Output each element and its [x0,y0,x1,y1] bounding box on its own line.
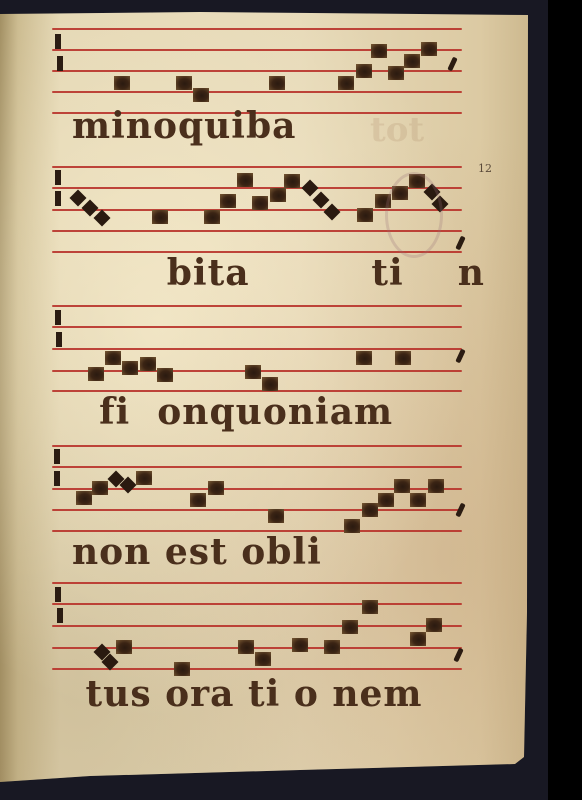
clef-icon [55,191,61,206]
lyric-line-4: non est obli [72,534,322,570]
clef-icon [54,449,60,464]
lyric-line-5: tus ora ti o nem [72,676,423,712]
folio-number: 12 [478,162,492,175]
custos-icon [453,648,463,663]
lyric-line-2: bita ti n [72,255,485,291]
staff-4 [52,445,462,535]
clef-icon [55,34,61,49]
faded-text: tot [370,110,424,150]
clef-icon [55,587,61,602]
lyric-line-3: fi onquoniam [72,394,393,430]
clef-icon [55,310,61,325]
staff-3 [52,305,462,395]
custos-icon [455,349,465,364]
manuscript-page: 12 tot minoquiba [0,12,528,790]
staff-5 [52,582,462,672]
clef-icon [57,608,63,623]
clef-icon [55,170,61,185]
custos-icon [455,503,465,518]
clef-icon [56,332,62,347]
clef-icon [54,471,60,486]
faded-initial [385,172,443,258]
custos-icon [455,236,465,251]
lyric-line-1: minoquiba [72,108,296,144]
clef-icon [57,56,63,71]
